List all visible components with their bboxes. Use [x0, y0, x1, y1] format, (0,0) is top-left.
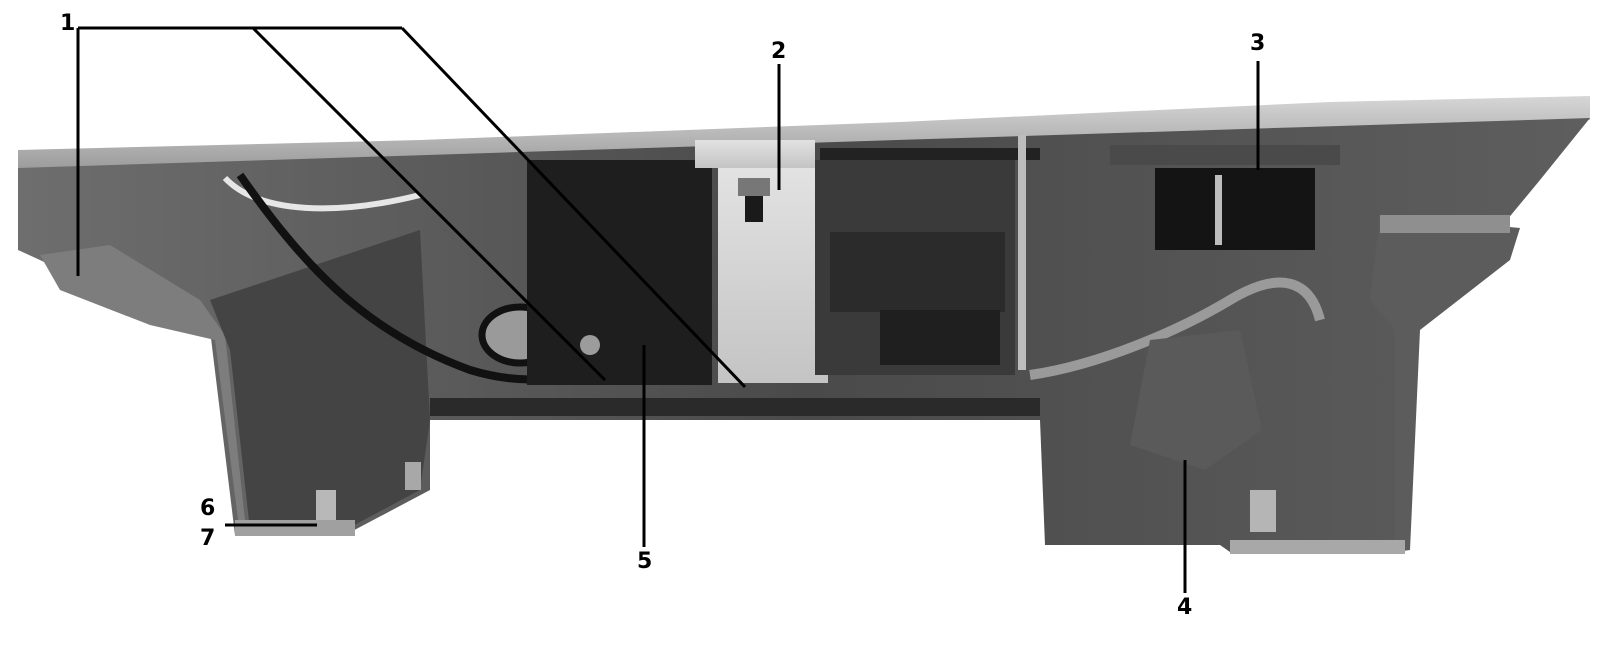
terminal-5 — [580, 335, 600, 355]
right-bracket-top — [1380, 215, 1510, 233]
bolt-2 — [745, 196, 763, 222]
right-foot — [1230, 540, 1405, 554]
bottom-rail — [430, 398, 1040, 416]
vertical-rod — [1018, 135, 1026, 370]
left-foot — [235, 520, 355, 536]
photo — [18, 96, 1590, 554]
callout-4: 4 — [1177, 595, 1192, 620]
component-3-highlight — [1215, 175, 1222, 245]
center-box-panel — [830, 232, 1005, 312]
center-box-terminal — [880, 310, 1000, 365]
callout-6: 6 — [200, 496, 215, 521]
component-3-mount — [1110, 145, 1340, 165]
component-5-box — [527, 160, 712, 385]
right-bolt — [1250, 490, 1276, 532]
bolt-left-2 — [405, 462, 421, 490]
assembly-figure: 1 2 3 4 5 6 7 — [0, 0, 1600, 654]
bracket-2-top — [695, 140, 815, 168]
nut-2 — [738, 178, 770, 196]
callout-2: 2 — [771, 39, 786, 64]
callout-3: 3 — [1250, 31, 1265, 56]
component-3 — [1155, 168, 1315, 250]
bracket-2 — [718, 168, 828, 383]
callout-7: 7 — [200, 526, 215, 551]
callout-1: 1 — [60, 11, 75, 36]
callout-5: 5 — [637, 549, 652, 574]
shaft — [820, 148, 1040, 160]
bolt-6 — [316, 490, 336, 520]
